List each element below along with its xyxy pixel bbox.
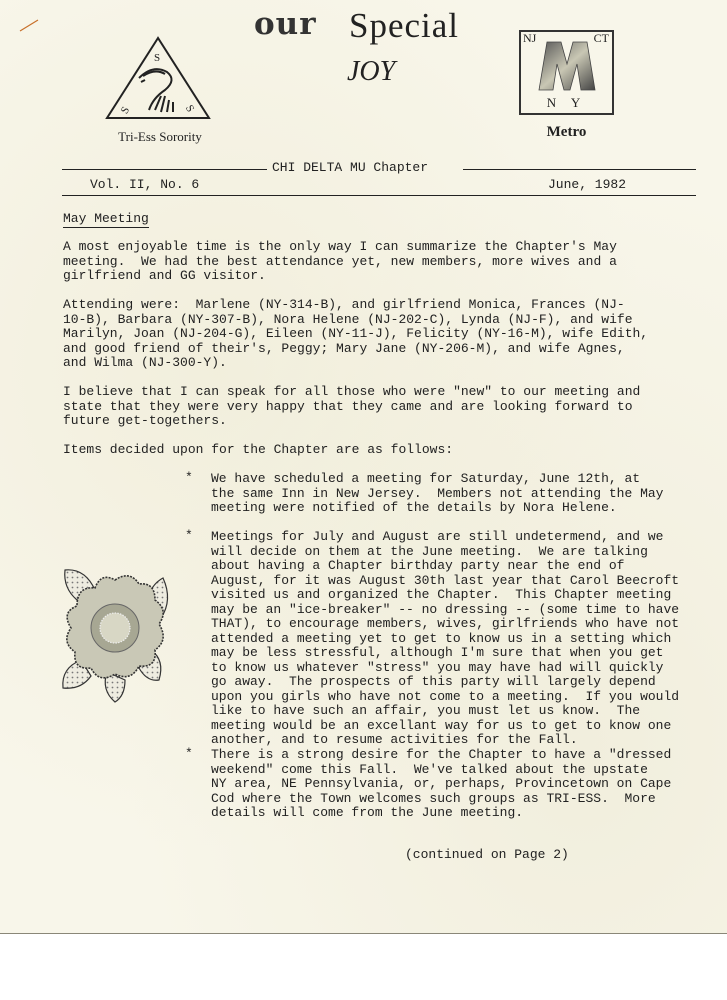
bullet-marker: * — [185, 746, 193, 761]
flower-icon — [55, 560, 175, 710]
masthead-title-special: Special — [349, 6, 459, 46]
metro-logo-nj: NJ — [523, 31, 536, 46]
metro-m-icon — [537, 40, 597, 92]
paragraph-attendees: Attending were: Marlene (NY-314-B), and … — [63, 298, 713, 371]
paragraph-summary: A most enjoyable time is the only way I … — [63, 240, 713, 284]
volume-number: Vol. II, No. 6 — [90, 177, 199, 192]
bullet-marker: * — [185, 528, 193, 543]
svg-text:S: S — [154, 52, 160, 64]
metro-logo: NJ CT N Y — [519, 30, 614, 115]
header-rule-left — [62, 169, 267, 170]
header-rule-bottom — [62, 195, 696, 196]
header-rule-right — [463, 169, 696, 170]
bullet-item: There is a strong desire for the Chapter… — [211, 748, 721, 821]
tri-ess-triangle-logo-icon: S S S — [103, 36, 213, 120]
metro-caption: Metro — [519, 124, 614, 141]
chapter-name: CHI DELTA MU Chapter — [272, 160, 428, 175]
tri-ess-caption: Tri-Ess Sorority — [100, 129, 220, 145]
bullet-item: Meetings for July and August are still u… — [211, 530, 721, 748]
bullet-marker: * — [185, 470, 193, 485]
masthead-title-our: our — [254, 6, 317, 42]
paragraph-items-intro: Items decided upon for the Chapter are a… — [63, 443, 713, 458]
section-title: May Meeting — [63, 211, 149, 228]
bullet-item: We have scheduled a meeting for Saturday… — [211, 472, 721, 516]
paragraph-new-members: I believe that I can speak for all those… — [63, 385, 713, 429]
metro-logo-ny: N Y — [521, 95, 612, 111]
svg-text:S: S — [183, 103, 196, 114]
continued-note: (continued on Page 2) — [405, 847, 569, 862]
svg-text:S: S — [119, 105, 132, 116]
issue-date: June, 1982 — [548, 177, 626, 192]
masthead-title-joy: JOY — [347, 56, 395, 88]
newsletter-page: our Special JOY S S S Tri-Ess Sorority N… — [0, 0, 727, 934]
pen-mark-icon — [18, 18, 40, 32]
